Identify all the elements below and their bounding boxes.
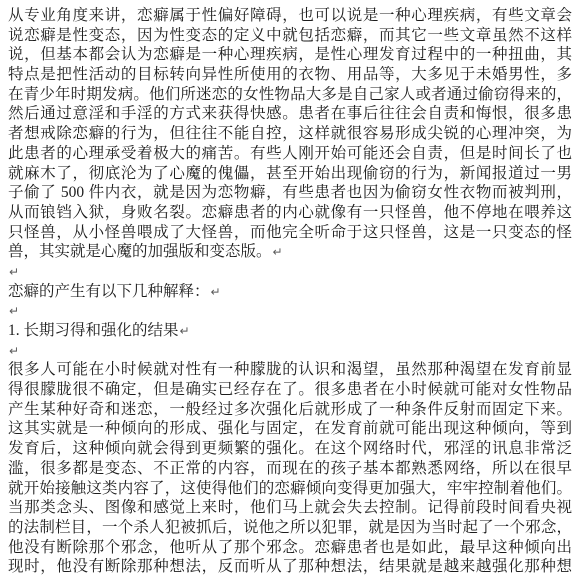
text-line: 子偷了 500 件内衣，就是因为恋物癖，有些患者也因为偷窃女性衣物而被判刑， (8, 183, 572, 203)
text-run: 很多人可能在小时候就对性有一种朦胧的认识和渴望，虽然那种渴望在发育前显 (8, 361, 572, 378)
text-run: 就开始接触这类内容了，这使得他们的恋癖倾向变得更加强大，牢牢控制着他们。 (8, 480, 572, 497)
text-line: 然后通过意淫和手淫的方式来获得快感。患者在事后往往会自责和悔恨，很多患 (8, 104, 572, 124)
text-run: 就麻木了，彻底沦为了心魔的傀儡，甚至开始出现偷窃的行为，新闻报道过一男 (8, 165, 572, 182)
text-line: 现时，他没有断除那种想法，反而听从了那种想法，结果就是越来越强化那种想 (8, 557, 572, 577)
text-run: 此患者的心理承受着极大的痛苦。有些人刚开始可能还会自责，但是时间长了也 (8, 145, 572, 162)
text-line: 滥，很多都是变态、不正常的内容，而现在的孩子基本都熟悉网络，所以在很早 (8, 459, 572, 479)
text-line: ↵ (8, 262, 572, 282)
pilcrow-mark: ↵ (180, 324, 190, 338)
text-run: 产生某种好奇和迷恋，一般经过多次强化后就形成了一种条件反射而固定下来。 (8, 401, 572, 418)
text-run: 子偷了 500 件内衣，就是因为恋物癖，有些患者也因为偷窃女性衣物而被判刑， (8, 184, 572, 201)
blank-line: ↵ (8, 301, 572, 321)
text-line: 在青少年时期发病。他们所迷恋的女性物品大多是自己家人或者通过偷窃得来的， (8, 85, 572, 105)
text-line: 此患者的心理承受着极大的痛苦。有些人刚开始可能还会自责，但是时间长了也 (8, 144, 572, 164)
text-run: 在青少年时期发病。他们所迷恋的女性物品大多是自己家人或者通过偷窃得来的， (8, 86, 572, 103)
text-line: 说恋癖是性变态，因为性变态的定义中就包括恋癖，而其它一些文章虽然不这样 (8, 26, 572, 46)
text-line: 特点是把性活动的目标转向异性所使用的衣物、用品等，大多见于未婚男性，多 (8, 65, 572, 85)
text-line: 恋癖的产生有以下几种解释：↵ (8, 282, 572, 302)
document-page: 从专业角度来讲，恋癖属于性偏好障碍，也可以说是一种心理疾病，有些文章会说恋癖是性… (0, 0, 580, 588)
text-run: 只怪兽，从小怪兽喂成了大怪兽，而他完全听命于这只怪兽，这是一只变态的怪 (8, 224, 572, 241)
pilcrow-mark: ↵ (9, 265, 19, 279)
text-line: 者想戒除恋癖的行为，但往往不能自控，这样就很容易形成尖锐的心理冲突，为 (8, 124, 572, 144)
text-run: 从而锒铛入狱，身败名裂。恋癖患者的内心就像有一只怪兽，他不停地在喂养这 (8, 204, 572, 221)
blank-line: ↵ (8, 341, 572, 361)
document-body: 从专业角度来讲，恋癖属于性偏好障碍，也可以说是一种心理疾病，有些文章会说恋癖是性… (8, 6, 572, 577)
pilcrow-mark: ↵ (9, 344, 19, 358)
pilcrow-mark: ↵ (9, 304, 19, 318)
text-run: 当那类念头、图像和感觉上来时，他们马上就会失去控制。记得前段时间看央视 (8, 499, 572, 516)
text-line: 就麻木了，彻底沦为了心魔的傀儡，甚至开始出现偷窃的行为，新闻报道过一男 (8, 164, 572, 184)
text-line: 从而锒铛入狱，身败名裂。恋癖患者的内心就像有一只怪兽，他不停地在喂养这 (8, 203, 572, 223)
text-line: 兽，其实就是心魔的加强版和变态版。↵ (8, 242, 572, 262)
text-run: 他没有断除那个邪念，他听从了那个邪念。恋癖患者也是如此，最早这种倾向出 (8, 539, 572, 556)
text-line: 的法制栏目，一个杀人犯被抓后，说他之所以犯罪，就是因为当时起了一个邪念， (8, 518, 572, 538)
text-run: 的法制栏目，一个杀人犯被抓后，说他之所以犯罪，就是因为当时起了一个邪念， (8, 519, 572, 536)
text-line: 说，但基本都会认为恋癖是一种心理疾病，是性心理发育过程中的一种扭曲，其 (8, 45, 572, 65)
text-line: 1. 长期习得和强化的结果↵ (8, 321, 572, 341)
text-run: 从专业角度来讲，恋癖属于性偏好障碍，也可以说是一种心理疾病，有些文章会 (8, 7, 572, 24)
text-run: 说恋癖是性变态，因为性变态的定义中就包括恋癖，而其它一些文章虽然不这样 (8, 27, 572, 44)
text-line: 他没有断除那个邪念，他听从了那个邪念。恋癖患者也是如此，最早这种倾向出 (8, 538, 572, 558)
text-run: 然后通过意淫和手淫的方式来获得快感。患者在事后往往会自责和悔恨，很多患 (8, 105, 572, 122)
text-run: 这其实就是一种倾向的形成、强化与固定，在发育前就可能出现这种倾向，等到 (8, 420, 572, 437)
text-line: 发育后，这种倾向就会得到更频繁的强化。在这个网络时代，邪淫的讯息非常泛 (8, 439, 572, 459)
text-run: 恋癖的产生有以下几种解释： (8, 283, 210, 300)
text-run: 滥，很多都是变态、不正常的内容，而现在的孩子基本都熟悉网络，所以在很早 (8, 460, 572, 477)
pilcrow-mark: ↵ (273, 245, 283, 259)
paragraph: 从专业角度来讲，恋癖属于性偏好障碍，也可以说是一种心理疾病，有些文章会说恋癖是性… (8, 6, 572, 262)
pilcrow-mark: ↵ (211, 285, 221, 299)
paragraph: 恋癖的产生有以下几种解释：↵ (8, 282, 572, 302)
text-run: 发育后，这种倾向就会得到更频繁的强化。在这个网络时代，邪淫的讯息非常泛 (8, 440, 572, 457)
text-run: 说，但基本都会认为恋癖是一种心理疾病，是性心理发育过程中的一种扭曲，其 (8, 46, 572, 63)
text-line: ↵ (8, 301, 572, 321)
blank-line: ↵ (8, 262, 572, 282)
text-run: 得很朦胧很不确定，但是确实已经存在了。很多患者在小时候就可能对女性物品 (8, 381, 572, 398)
text-line: 很多人可能在小时候就对性有一种朦胧的认识和渴望，虽然那种渴望在发育前显 (8, 360, 572, 380)
text-run: 现时，他没有断除那种想法，反而听从了那种想法，结果就是越来越强化那种想 (8, 558, 572, 575)
text-line: 只怪兽，从小怪兽喂成了大怪兽，而他完全听命于这只怪兽，这是一只变态的怪 (8, 223, 572, 243)
text-line: ↵ (8, 341, 572, 361)
text-line: 当那类念头、图像和感觉上来时，他们马上就会失去控制。记得前段时间看央视 (8, 498, 572, 518)
text-line: 从专业角度来讲，恋癖属于性偏好障碍，也可以说是一种心理疾病，有些文章会 (8, 6, 572, 26)
text-run: 兽，其实就是心魔的加强版和变态版。 (8, 243, 272, 260)
text-line: 产生某种好奇和迷恋，一般经过多次强化后就形成了一种条件反射而固定下来。 (8, 400, 572, 420)
text-run: 1. 长期习得和强化的结果 (8, 322, 179, 339)
text-run: 特点是把性活动的目标转向异性所使用的衣物、用品等，大多见于未婚男性，多 (8, 66, 572, 83)
paragraph: 很多人可能在小时候就对性有一种朦胧的认识和渴望，虽然那种渴望在发育前显得很朦胧很… (8, 360, 572, 577)
text-line: 得很朦胧很不确定，但是确实已经存在了。很多患者在小时候就可能对女性物品 (8, 380, 572, 400)
text-run: 者想戒除恋癖的行为，但往往不能自控，这样就很容易形成尖锐的心理冲突，为 (8, 125, 572, 142)
text-line: 这其实就是一种倾向的形成、强化与固定，在发育前就可能出现这种倾向，等到 (8, 419, 572, 439)
paragraph: 1. 长期习得和强化的结果↵ (8, 321, 572, 341)
text-line: 就开始接触这类内容了，这使得他们的恋癖倾向变得更加强大，牢牢控制着他们。 (8, 479, 572, 499)
